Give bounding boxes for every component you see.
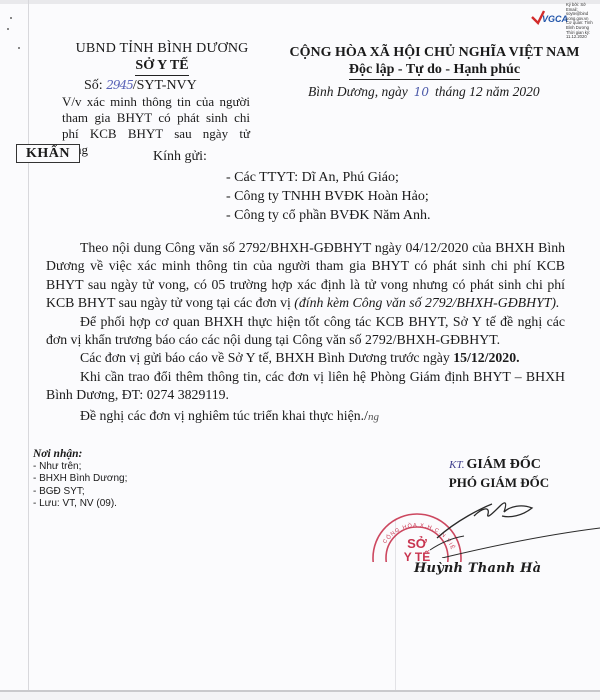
parent-agency: UBND TỈNH BÌNH DƯƠNG — [62, 40, 262, 57]
paragraph-3-text: Các đơn vị gửi báo cáo về Sở Y tế, BHXH … — [80, 350, 453, 365]
signer-subtitle: PHÓ GIÁM ĐỐC — [408, 474, 590, 492]
place-and-date: Bình Dương, ngày10tháng 12 năm 2020 — [308, 84, 540, 100]
paragraph-4: Khi cần trao đổi thêm thông tin, các đơn… — [46, 368, 565, 405]
national-header: CỘNG HÒA XÃ HỘI CHỦ NGHĨA VIỆT NAM Độc l… — [262, 44, 600, 80]
handwritten-signature-icon — [382, 498, 600, 558]
document-number: Số: 2945/SYT-NVY — [84, 78, 197, 94]
paragraph-1: Theo nội dung Công văn số 2792/BHXH-GĐBH… — [46, 239, 565, 313]
recipient-item: - Các TTYT: Dĩ An, Phú Giáo; — [226, 168, 431, 187]
scan-top-edge — [0, 0, 600, 4]
recipient-item: - Công ty cổ phần BVĐK Năm Anh. — [226, 206, 431, 225]
paragraph-2: Để phối hợp cơ quan BHXH thực hiện tốt c… — [46, 313, 565, 350]
month-label: tháng — [435, 84, 466, 99]
paragraph-5-text: Đề nghị các đơn vị nghiêm túc triển khai… — [80, 408, 368, 423]
scan-margin-line — [28, 0, 29, 690]
place-date-prefix: Bình Dương, ngày — [308, 84, 408, 99]
distribution-title: Nơi nhận: — [33, 448, 127, 461]
svg-text:VGCA: VGCA — [542, 14, 568, 24]
signer-title: KT.GIÁM ĐỐC — [400, 456, 590, 474]
distribution-item: - BGĐ SYT; — [33, 486, 127, 499]
country-name: CỘNG HÒA XÃ HỘI CHỦ NGHĨA VIỆT NAM — [262, 44, 600, 61]
distribution-item: - BHXH Bình Dương; — [33, 473, 127, 486]
doc-number-suffix: /SYT-NVY — [133, 78, 197, 93]
date-year: 2020 — [513, 84, 540, 99]
document-page: VGCA Ký bởi: Sở Email: soyte@bind uong.g… — [0, 0, 600, 692]
attachment-note: (đính kèm Công văn số 2792/BHXH-GĐBHYT). — [294, 295, 559, 310]
national-motto: Độc lập - Tự do - Hạnh phúc — [349, 61, 520, 80]
doc-number-handwritten: 2945 — [106, 78, 133, 92]
paragraph-3: Các đơn vị gửi báo cáo về Sở Y tế, BHXH … — [46, 349, 565, 367]
agency-name: SỞ Y TẾ — [135, 57, 188, 76]
date-day: 10 — [414, 85, 429, 99]
distribution-item: - Lưu: VT, NV (09). — [33, 498, 127, 511]
signature-block: KT.GIÁM ĐỐC PHÓ GIÁM ĐỐC — [400, 456, 590, 492]
digital-signature-info: Ký bởi: Sở Email: soyte@bind uong.gov.vn… — [566, 3, 600, 40]
recipients-list: - Các TTYT: Dĩ An, Phú Giáo; - Công ty T… — [226, 168, 431, 225]
scan-speck — [10, 17, 12, 19]
deadline-date: 15/12/2020. — [453, 350, 519, 365]
issuing-agency-header: UBND TỈNH BÌNH DƯƠNG SỞ Y TẾ — [62, 40, 262, 76]
recipient-item: - Công ty TNHH BVĐK Hoàn Hảo; — [226, 187, 431, 206]
paragraph-5: Đề nghị các đơn vị nghiêm túc triển khai… — [46, 407, 565, 426]
urgency-badge: KHẨN — [16, 144, 80, 163]
distribution-item: - Như trên; — [33, 461, 127, 474]
signer-name: Huỳnh Thanh Hà — [414, 561, 541, 576]
year-label: năm — [486, 84, 509, 99]
director-title: GIÁM ĐỐC — [467, 457, 541, 472]
vgca-logo-icon: VGCA — [530, 7, 570, 27]
initial-mark: ng — [368, 411, 379, 423]
doc-number-label: Số: — [84, 78, 103, 93]
scan-speck — [7, 28, 9, 30]
greeting: Kính gửi: — [153, 149, 207, 165]
distribution-list: Nơi nhận: - Như trên; - BHXH Bình Dương;… — [33, 448, 127, 511]
scan-speck — [18, 47, 20, 49]
document-body: Theo nội dung Công văn số 2792/BHXH-GĐBH… — [46, 239, 565, 426]
kt-prefix: KT. — [449, 459, 464, 471]
date-month: 12 — [469, 84, 483, 99]
